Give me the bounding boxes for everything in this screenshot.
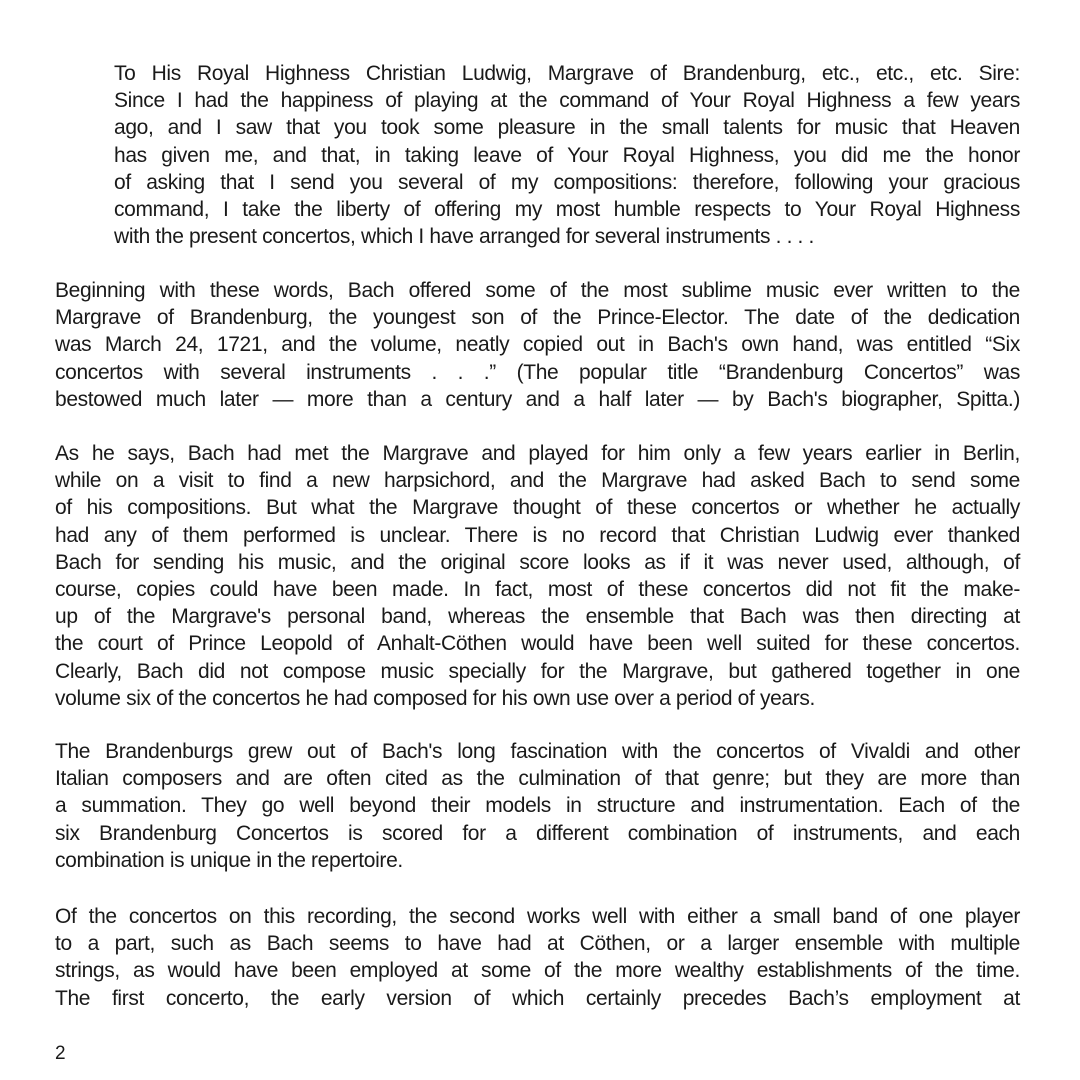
text-line: combination is unique in the repertoire.: [55, 847, 1020, 874]
text-line: course, copies could have been made. In …: [55, 576, 1020, 603]
text-line: Beginning with these words, Bach offered…: [55, 277, 1020, 304]
text-line: up of the Margrave's personal band, wher…: [55, 603, 1020, 630]
text-line: was March 24, 1721, and the volume, neat…: [55, 331, 1020, 358]
page-number: 2: [55, 1043, 66, 1065]
text-line: to a part, such as Bach seems to have ha…: [55, 930, 1020, 957]
text-line: ago, and I saw that you took some pleasu…: [114, 114, 1020, 141]
text-line: command, I take the liberty of offering …: [114, 196, 1020, 223]
paragraph-dedication-history: Beginning with these words, Bach offered…: [55, 277, 1020, 413]
text-line: concertos with several instruments . . .…: [55, 359, 1020, 386]
text-line: bestowed much later — more than a centur…: [55, 386, 1020, 413]
document-page: To His Royal Highness Christian Ludwig, …: [0, 0, 1080, 1080]
text-line: with the present concertos, which I have…: [114, 223, 1020, 250]
text-line: volume six of the concertos he had compo…: [55, 685, 1020, 712]
text-line: of his compositions. But what the Margra…: [55, 494, 1020, 521]
paragraph-recording-concertos: Of the concertos on this recording, the …: [55, 903, 1020, 1012]
text-line: while on a visit to find a new harpsicho…: [55, 467, 1020, 494]
text-line: Since I had the happiness of playing at …: [114, 87, 1020, 114]
text-line: strings, as would have been employed at …: [55, 957, 1020, 984]
text-line: Bach for sending his music, and the orig…: [55, 549, 1020, 576]
paragraph-vivaldi-influence: The Brandenburgs grew out of Bach's long…: [55, 738, 1020, 874]
paragraph-margrave-meeting: As he says, Bach had met the Margrave an…: [55, 440, 1020, 712]
text-line: has given me, and that, in taking leave …: [114, 142, 1020, 169]
text-line: of asking that I send you several of my …: [114, 169, 1020, 196]
text-line: Clearly, Bach did not compose music spec…: [55, 658, 1020, 685]
text-line: The Brandenburgs grew out of Bach's long…: [55, 738, 1020, 765]
text-line: six Brandenburg Concertos is scored for …: [55, 820, 1020, 847]
text-line: As he says, Bach had met the Margrave an…: [55, 440, 1020, 467]
text-line: had any of them performed is unclear. Th…: [55, 522, 1020, 549]
text-line: The first concerto, the early version of…: [55, 985, 1020, 1012]
text-line: a summation. They go well beyond their m…: [55, 792, 1020, 819]
text-line: To His Royal Highness Christian Ludwig, …: [114, 60, 1020, 87]
text-line: Of the concertos on this recording, the …: [55, 903, 1020, 930]
text-line: Margrave of Brandenburg, the youngest so…: [55, 304, 1020, 331]
text-line: Italian composers and are often cited as…: [55, 765, 1020, 792]
dedication-quote: To His Royal Highness Christian Ludwig, …: [114, 60, 1020, 250]
text-line: the court of Prince Leopold of Anhalt-Cö…: [55, 630, 1020, 657]
